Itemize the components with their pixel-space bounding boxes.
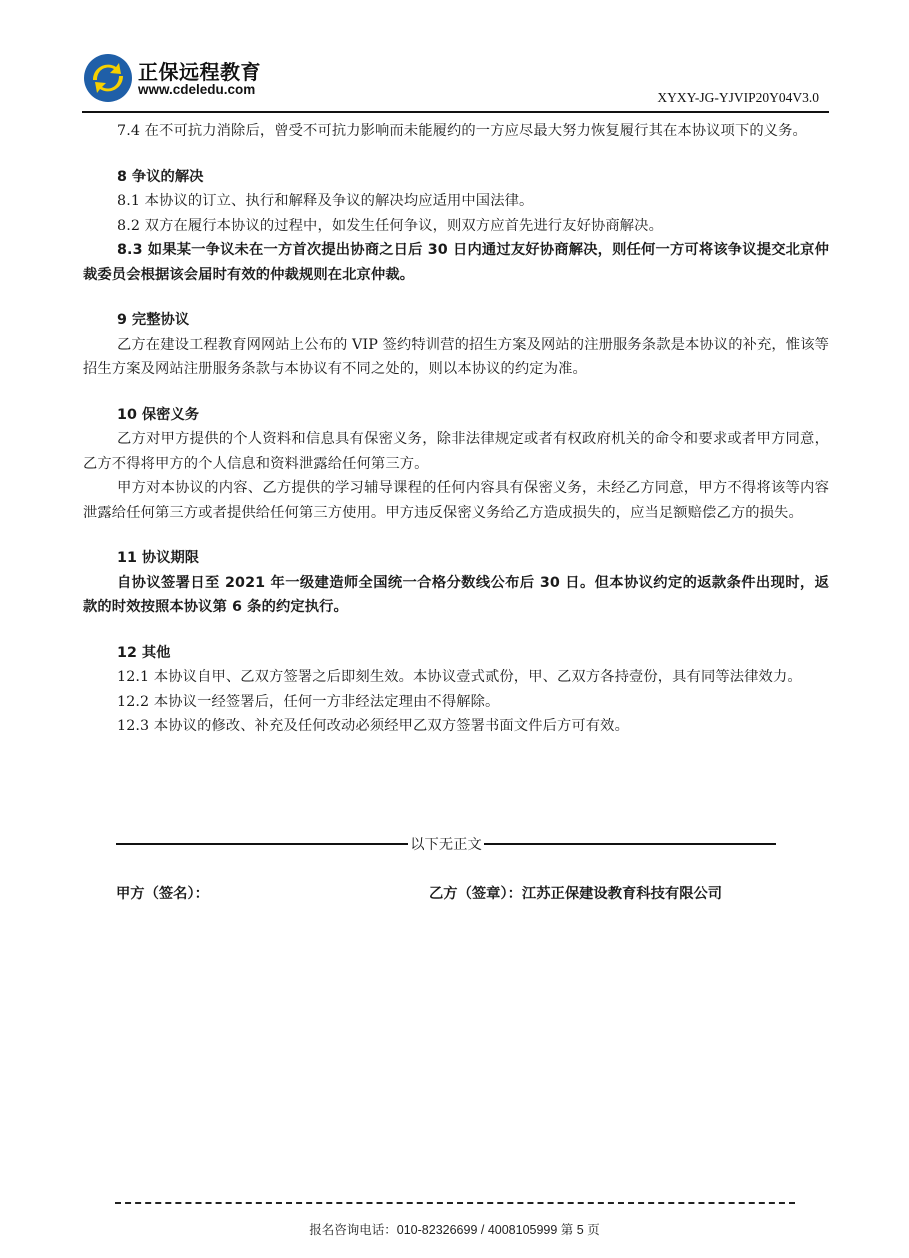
clause-11-body: 自协议签署日至 2021 年一级建造师全国统一合格分数线公布后 30 日。但本协… — [83, 571, 829, 620]
clause-8-3: 8.3 如果某一争议未在一方首次提出协商之日后 30 日内通过友好协商解决，则任… — [83, 238, 829, 287]
clause-9-body: 乙方在建设工程教育网网站上公布的 VIP 签约特训营的招生方案及网站的注册服务条… — [83, 333, 829, 382]
footer-contact: 报名咨询电话：010-82326699 / 4008105999 第 5 页 — [0, 1220, 909, 1238]
section-11-title: 11 协议期限 — [83, 546, 829, 571]
clause-8-2: 8.2 双方在履行本协议的过程中，如发生任何争议，则双方应首先进行友好协商解决。 — [83, 214, 829, 239]
page-header: 正保远程教育 www.cdeledu.com XYXY-JG-YJVIP20Y0… — [0, 0, 909, 112]
party-b-signature: 乙方（签章）：江苏正保建设教育科技有限公司 — [429, 883, 722, 903]
clause-7-4: 7.4 在不可抗力消除后，曾受不可抗力影响而未能履约的一方应尽最大努力恢复履行其… — [83, 119, 829, 144]
clause-10-para-1: 乙方对甲方提供的个人资料和信息具有保密义务，除非法律规定或者有权政府机关的命令和… — [83, 427, 829, 476]
party-a-signature: 甲方（签名）： — [116, 883, 209, 903]
swirl-logo-icon — [83, 53, 133, 103]
document-code: XYXY-JG-YJVIP20Y04V3.0 — [657, 90, 819, 106]
brand-name: 正保远程教育 — [138, 56, 261, 85]
section-9-title: 9 完整协议 — [83, 308, 829, 333]
clause-12-3: 12.3 本协议的修改、补充及任何改动必须经甲乙双方签署书面文件后方可有效。 — [83, 714, 829, 739]
footer-divider — [115, 1202, 795, 1204]
end-of-text-label: 以下无正文 — [408, 834, 483, 854]
clause-8-1: 8.1 本协议的订立、执行和解释及争议的解决均应适用中国法律。 — [83, 189, 829, 214]
dash-line-left — [116, 843, 408, 845]
end-of-text-marker: 以下无正文 — [116, 834, 776, 854]
header-divider — [82, 111, 829, 113]
dash-line-right — [484, 843, 776, 845]
clause-10-para-2: 甲方对本协议的内容、乙方提供的学习辅导课程的任何内容具有保密义务，未经乙方同意，… — [83, 476, 829, 525]
brand-url: www.cdeledu.com — [138, 82, 255, 97]
clause-12-2: 12.2 本协议一经签署后，任何一方非经法定理由不得解除。 — [83, 690, 829, 715]
document-body: 7.4 在不可抗力消除后，曾受不可抗力影响而未能履约的一方应尽最大努力恢复履行其… — [83, 119, 829, 739]
clause-12-1: 12.1 本协议自甲、乙双方签署之后即刻生效。本协议壹式贰份，甲、乙双方各持壹份… — [83, 665, 829, 690]
section-12-title: 12 其他 — [83, 641, 829, 666]
section-8-title: 8 争议的解决 — [83, 165, 829, 190]
section-10-title: 10 保密义务 — [83, 403, 829, 428]
